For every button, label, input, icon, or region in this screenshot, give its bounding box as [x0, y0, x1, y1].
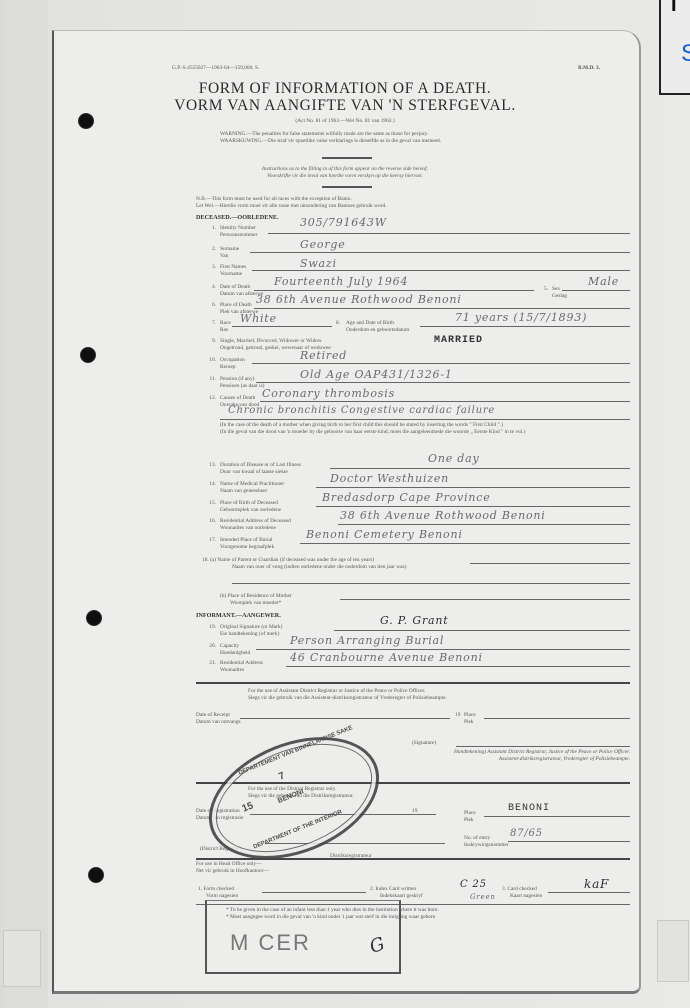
district-place-value: BENONI	[508, 803, 550, 814]
field-line	[334, 630, 630, 631]
signature-label: (Signature)	[412, 740, 436, 747]
form-title-english: FORM OF INFORMATION OF A DEATH.	[0, 80, 690, 98]
year-prefix: 19	[455, 712, 460, 719]
date-of-receipt-line[interactable]	[240, 718, 450, 719]
note-block: N.B.—This form must be used for all race…	[196, 196, 516, 209]
entry-number-line	[508, 841, 630, 842]
signature-description: Handtekening) Assistant District Registr…	[380, 749, 630, 762]
form-print-code: G.P.-S.4555027—1963-64—159,000. S.	[172, 65, 259, 72]
form-checked-line	[262, 892, 366, 893]
cause-of-death-value-2: Chronic bronchitis Congestive cardiac fa…	[228, 405, 495, 416]
date-of-receipt-label: Date of Receipt Datum van ontvangs	[196, 712, 241, 725]
head-office-heading: For use in Head Office only— Net vir geb…	[196, 861, 269, 874]
section-divider	[196, 858, 630, 860]
instructions-afrikaans: Voorskrifte vir die invul van hierdie vo…	[0, 173, 690, 180]
divider	[322, 186, 372, 188]
section-deceased: DECEASED.—OORLEDENE.	[196, 214, 279, 221]
field-line	[254, 308, 630, 309]
section-informant: INFORMANT.—AANGEWER.	[196, 612, 281, 619]
sex-value: Male	[588, 275, 619, 288]
divider	[322, 157, 372, 159]
section-divider	[196, 682, 630, 684]
first-child-note: (In the case of the death of a mother wh…	[220, 422, 630, 435]
race-value: White	[240, 312, 277, 325]
punch-hole	[88, 867, 104, 883]
overlay-glyph-top: I	[671, 0, 677, 17]
field-line	[232, 326, 332, 327]
district-place-line	[484, 816, 630, 817]
field-line	[250, 252, 630, 253]
field-line	[252, 270, 630, 271]
place-label: Place Plek	[464, 712, 476, 725]
residential-address-deceased-value: 38 6th Avenue Rothwood Benoni	[340, 509, 546, 522]
field-line	[256, 649, 630, 650]
field-line	[330, 468, 630, 469]
informant-capacity-value: Person Arranging Burial	[290, 634, 444, 647]
field-line	[300, 543, 630, 544]
instructions: Instructions as to the filling in of thi…	[0, 166, 690, 179]
field-line	[256, 382, 630, 383]
year-prefix-2: 19	[412, 808, 417, 815]
overlay-glyph-blue[interactable]: S	[681, 40, 690, 68]
form-checked-label: 1. Form checked Vorm nagesien	[198, 886, 238, 899]
index-card-sub-value: Green	[470, 893, 496, 901]
field-line	[252, 363, 630, 364]
index-card-value: C 25	[460, 879, 487, 890]
field-line	[338, 524, 630, 525]
field-mother-residence: (b) Place of Residence of Mother Woonple…	[220, 593, 292, 606]
field-line	[340, 599, 630, 600]
medical-practitioner-value: Doctor Westhuizen	[330, 472, 449, 485]
card-checked-label: 3. Card checked Kaart nagesien	[502, 886, 542, 899]
form-reference: B.M.D. 3.	[578, 65, 600, 72]
partial-overlay-panel[interactable]: I S	[659, 0, 690, 95]
pension-value: Old Age OAP431/1326-1	[300, 368, 453, 381]
first-names-value: Swazi	[300, 257, 337, 270]
field-line	[220, 419, 630, 420]
occupation-value: Retired	[300, 349, 347, 362]
entry-number-value: 87/65	[510, 828, 543, 839]
surname-value: George	[300, 238, 346, 251]
microfilm-stamp-text: M CER	[230, 930, 311, 956]
field-line	[316, 506, 630, 507]
place-line[interactable]	[484, 718, 630, 719]
informant-signature-value: G. P. Grant	[380, 614, 448, 627]
warning-english: WARNING.—The penalties for false stateme…	[220, 131, 600, 138]
field-line	[260, 401, 630, 402]
district-place-label: Place Plek	[464, 810, 476, 823]
field-line	[470, 563, 630, 564]
index-card-label: 2. Index Card written Indekskaart geskry…	[370, 886, 423, 899]
scan-margin-strip	[8, 0, 48, 1008]
card-checked-line	[548, 892, 630, 893]
cause-of-death-value: Coronary thrombosis	[262, 387, 395, 400]
age-dob-value: 71 years (15/7/1893)	[455, 311, 587, 324]
scan-edge-tab-right	[657, 920, 689, 982]
warning-block: WARNING.—The penalties for false stateme…	[220, 131, 600, 144]
identity-number-value: 305/791643W	[300, 216, 387, 229]
duration-value: One day	[428, 452, 480, 465]
field-parent-guardian: 18. (a) Name of Parent or Guardian (if d…	[202, 557, 406, 570]
place-of-birth-value: Bredasdorp Cape Province	[322, 491, 491, 504]
field-line	[268, 233, 630, 234]
warning-afrikaans: WAARSKUWING.—Die straf vir opsetlike val…	[220, 138, 600, 145]
informant-address-value: 46 Cranbourne Avenue Benoni	[290, 651, 483, 664]
field-line	[232, 583, 630, 584]
marital-status-value: MARRIED	[434, 335, 483, 346]
burial-place-value: Benoni Cemetery Benoni	[306, 528, 463, 541]
punch-hole	[80, 347, 96, 363]
instructions-english: Instructions as to the filling in of thi…	[0, 166, 690, 173]
field-line	[562, 290, 630, 291]
signature-line[interactable]	[456, 746, 630, 747]
place-of-death-value: 38 6th Avenue Rothwood Benoni	[256, 293, 462, 306]
act-reference: (Act No. 81 of 1963.—Wet No. 81 van 1963…	[0, 118, 690, 125]
note-english: N.B.—This form must be used for all race…	[196, 196, 516, 203]
form-title-afrikaans: VORM VAN AANGIFTE VAN 'N STERFGEVAL.	[0, 97, 690, 115]
field-line	[254, 290, 534, 291]
registrar-heading: For the use of Assistant District Regist…	[248, 688, 628, 701]
card-checked-value: kaF	[584, 877, 609, 891]
scan-edge-tab	[3, 930, 41, 987]
field-line	[316, 487, 630, 488]
field-line	[286, 666, 630, 667]
field-line	[420, 326, 630, 327]
entry-number-label: No. of entry Inskrywingsnommer	[464, 835, 509, 848]
date-of-death-value: Fourteenth July 1964	[274, 275, 408, 288]
note-afrikaans: Let Wel.—Hierdie vorm moet vir alle rass…	[196, 203, 516, 210]
punch-hole	[86, 610, 102, 626]
